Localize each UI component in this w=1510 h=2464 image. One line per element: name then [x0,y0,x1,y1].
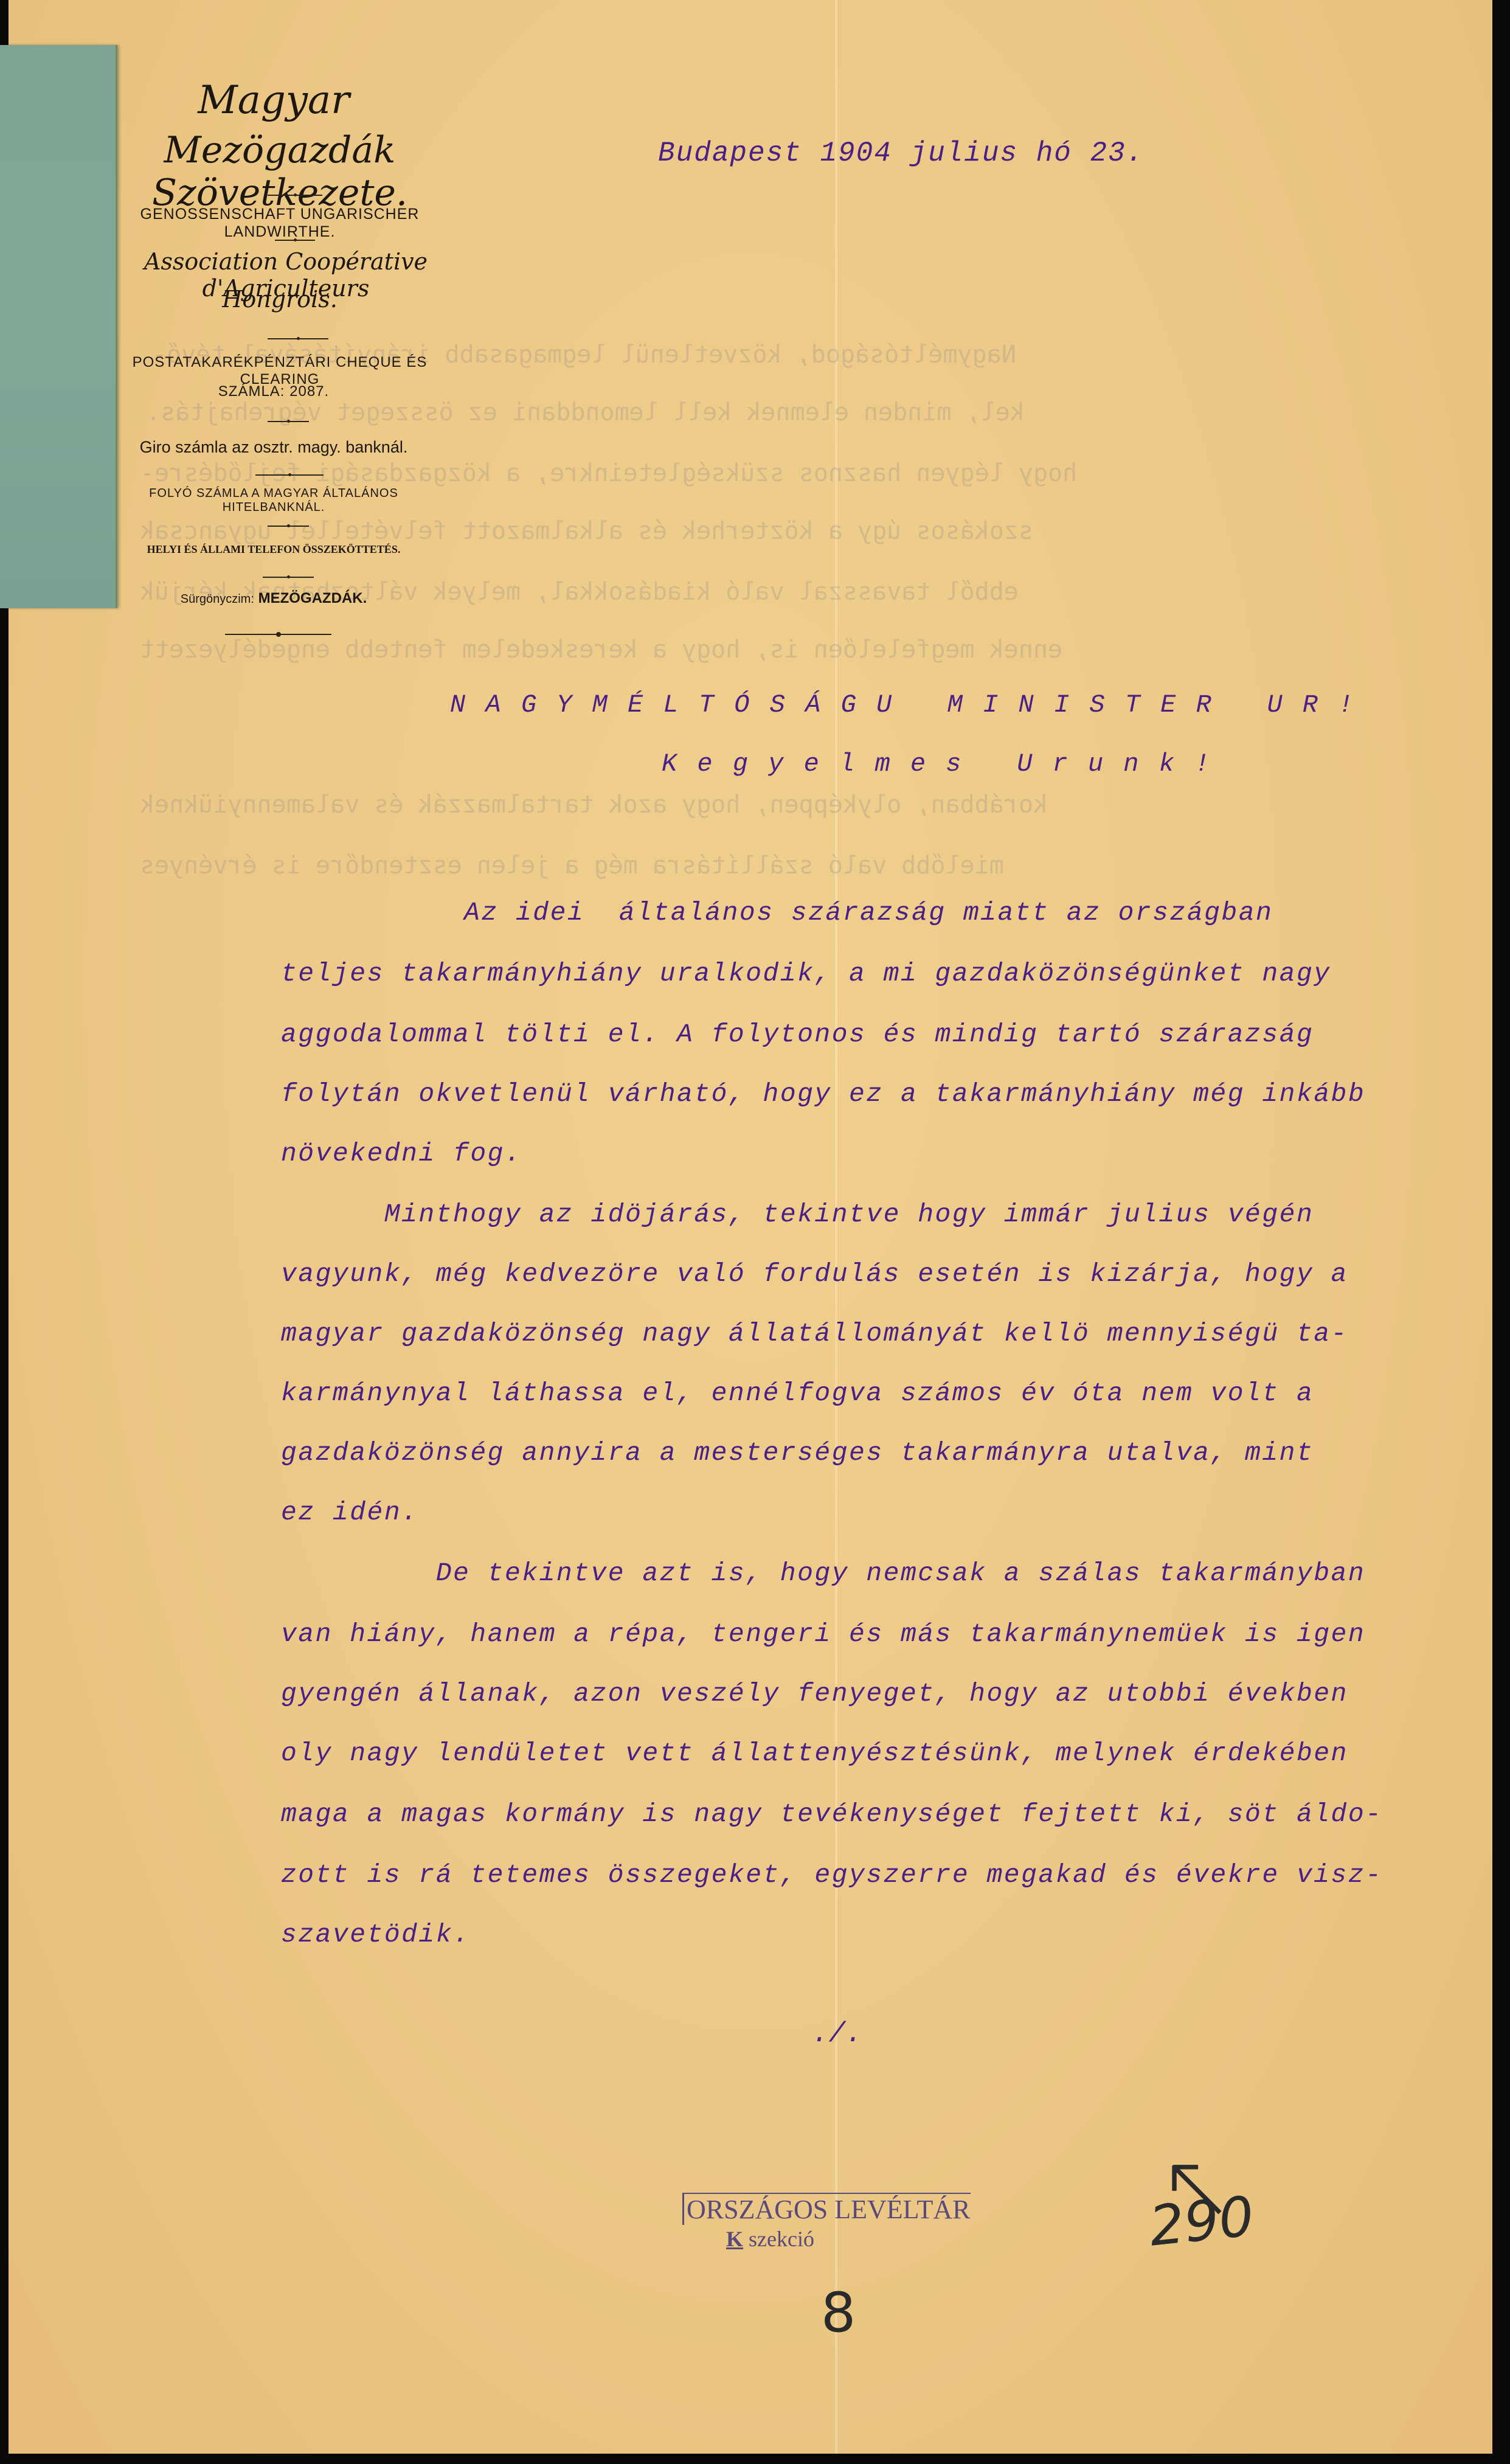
bleed-through-text: hogy légyen hasznos szükségleteinkre, a … [140,459,1077,487]
body-line: magyar gazdaközönség nagy állatállományá… [281,1319,1348,1348]
letterhead-giro-account: Giro számla az osztr. magy. banknál. [116,438,432,457]
continuation-mark: ./. [812,2018,862,2050]
letterhead-current-account: FOLYÓ SZÁMLA A MAGYAR ÁLTALÁNOS HITELBAN… [122,487,426,515]
body-line: Az idei általános szárazság miatt az ors… [292,898,1273,928]
letterhead-divider [263,577,314,578]
page-number: 8 [821,2281,856,2345]
body-line: teljes takarmányhiány uralkodik, a mi ga… [281,959,1331,988]
letterhead-telephone: HELYI ÉS ÁLLAMI TELEFON ÖSSZEKÖTTETÉS. [116,543,432,556]
telegram-label: Sürgönyczim: [181,592,254,606]
body-line: karmánynyal láthassa el, ennélfogva szám… [281,1378,1314,1408]
bleed-through-text: ennek megfelelően is, hogy a kereskedele… [140,636,1062,664]
letterhead-telegram-address: Sürgönyczim: MEZÖGAZDÁK. [116,590,432,607]
letterhead-divider [268,338,328,339]
salutation-honorific: K e g y e l m e s U r u n k ! [662,749,1212,779]
body-line: folytán okvetlenül várható, hogy ez a ta… [281,1079,1365,1109]
bleed-through-text: korábban, olyképpen, hogy azok tartalmaz… [140,791,1048,819]
body-line: gazdaközönség annyira a mesterséges taka… [281,1438,1314,1468]
letterhead-postal-account-line2: SZÁMLA: 2087. [116,383,432,400]
letterhead-divider [268,195,322,196]
letterhead-divider [268,526,309,527]
body-line: zott is rá tetemes összegeket, egyszerre… [281,1860,1382,1890]
pencil-folio-number: 290 [1146,2184,1257,2258]
letter-date: Budapest 1904 julius hó 23. [658,137,1144,169]
archive-stamp-section-label: szekció [749,2227,814,2251]
body-line: szavetödik. [281,1920,470,1949]
body-line: ez idén. [281,1497,418,1527]
salutation-address: N A G Y M É L T Ó S Á G U M I N I S T E … [450,690,1356,720]
letterhead-title-line1: Magyar [116,78,432,123]
archive-stamp-title: ORSZÁGOS LEVÉLTÁR [682,2193,971,2225]
bleed-through-text: mielőbb való szállításra még a jelen esz… [140,852,1004,880]
body-line: gyengén állanak, azon veszély fenyeget, … [281,1679,1348,1709]
archive-stamp-section-letter: K [726,2227,743,2251]
letterhead-ornament-flourish [225,634,331,635]
letterhead-divider [255,474,324,476]
letterhead-french-line2: Hongrois. [128,286,432,313]
body-line: maga a magas kormány is nagy tevékenység… [281,1799,1382,1829]
body-line: Minthogy az idöjárás, tekintve hogy immá… [281,1199,1314,1229]
letterhead-divider [268,421,309,422]
body-line: aggodalommal tölti el. A folytonos és mi… [281,1019,1314,1049]
telegram-value: MEZÖGAZDÁK. [258,590,367,606]
body-line: növekedni fog. [281,1139,522,1168]
letterhead-title-line2: Mezögazdák Szövetkezete. [109,129,450,214]
body-line: De tekintve azt is, hogy nemcsak a szála… [281,1558,1365,1588]
body-line: vagyunk, még kedvezöre való fordulás ese… [281,1259,1348,1289]
body-line: van hiány, hanem a répa, tengeri és más … [281,1619,1365,1649]
archive-stamp: ORSZÁGOS LEVÉLTÁR K szekció [682,2193,971,2252]
letterhead-german-name: GENOSSENSCHAFT UNGARISCHER LANDWIRTHE. [122,206,438,241]
archive-binding-tab [0,45,117,608]
body-line: oly nagy lendületet vett állattenyésztés… [281,1738,1348,1768]
bleed-through-text: szokásos úgy a közterhek és alkalmazott … [140,517,1033,545]
letterhead-divider [275,240,315,241]
bleed-through-text: kel, minden elemnek kell lemonddani ez ö… [146,398,1025,426]
